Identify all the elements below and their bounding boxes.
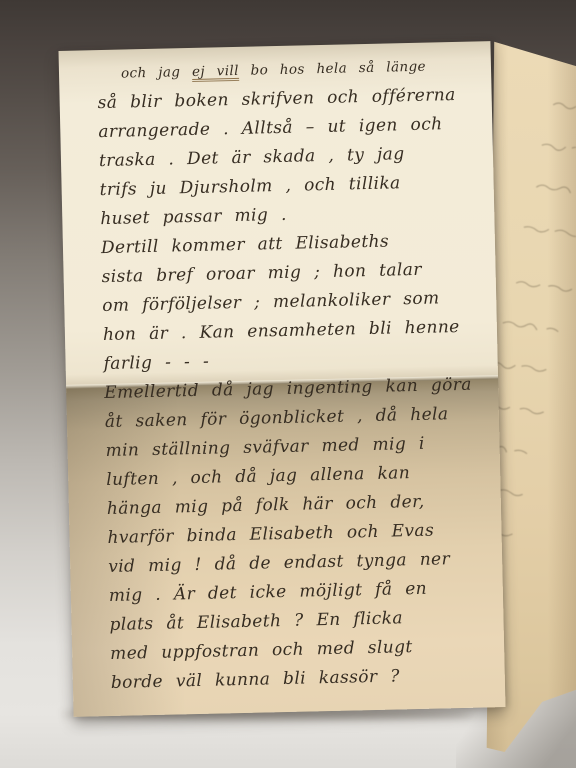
line1-post: bo hos hela så länge (239, 59, 426, 79)
underlined-phrase: ej vill (192, 63, 239, 82)
letter-page-1: och jag ej vill bo hos hela så länge så … (59, 41, 506, 717)
letter-photo-scene: och jag ej vill bo hos hela så länge så … (0, 0, 576, 768)
line1-pre: och jag (121, 64, 192, 82)
letter-body-text: och jag ej vill bo hos hela så länge så … (97, 52, 491, 698)
